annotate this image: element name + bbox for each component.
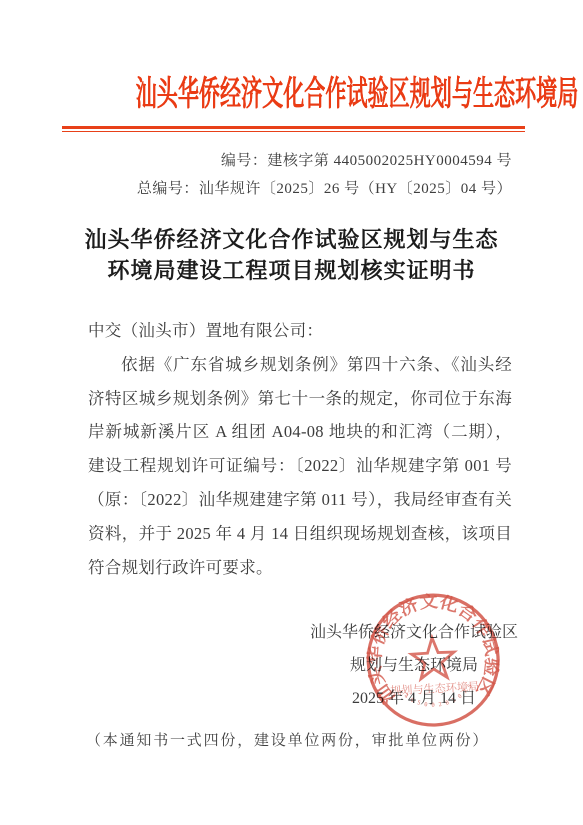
document-body: 中交（汕头市）置地有限公司： 依据《广东省城乡规划条例》第四十六条、《汕头经济特… <box>88 314 512 584</box>
document-page: 汕头华侨经济文化合作试验区规划与生态环境局 编号：建核字第 4405002025… <box>0 0 583 825</box>
divider-thin-line <box>62 131 525 132</box>
document-title: 汕头华侨经济文化合作试验区规划与生态 环境局建设工程项目规划核实证明书 <box>0 224 583 286</box>
signature-org-line-1: 汕头华侨经济文化合作试验区 <box>296 616 532 649</box>
signature-org-line-2: 规划与生态环境局 <box>296 649 532 682</box>
agency-name: 汕头华侨经济文化合作试验区规划与生态环境局 <box>136 66 579 115</box>
title-line-1: 汕头华侨经济文化合作试验区规划与生态 <box>0 224 583 255</box>
title-line-2: 环境局建设工程项目规划核实证明书 <box>0 255 583 286</box>
signature-block: 汕头华侨经济文化合作试验区 规划与生态环境局 2025 年 4 月 14 日 <box>296 616 532 715</box>
letterhead: 汕头华侨经济文化合作试验区规划与生态环境局 <box>0 66 583 115</box>
salutation: 中交（汕头市）置地有限公司： <box>88 314 512 348</box>
signature-date: 2025 年 4 月 14 日 <box>296 682 532 715</box>
general-number: 总编号：汕华规许〔2025〕26 号（HY〔2025〕04 号） <box>137 175 512 203</box>
distribution-note: （本通知书一式四份，建设单位两份，审批单位两份） <box>86 729 489 750</box>
doc-number: 编号：建核字第 4405002025HY0004594 号 <box>137 147 512 175</box>
divider-thick-line <box>62 126 525 129</box>
letterhead-divider <box>62 126 525 132</box>
reference-numbers: 编号：建核字第 4405002025HY0004594 号 总编号：汕华规许〔2… <box>137 147 512 203</box>
body-paragraph: 依据《广东省城乡规划条例》第四十六条、《汕头经济特区城乡规划条例》第七十一条的规… <box>88 348 512 585</box>
